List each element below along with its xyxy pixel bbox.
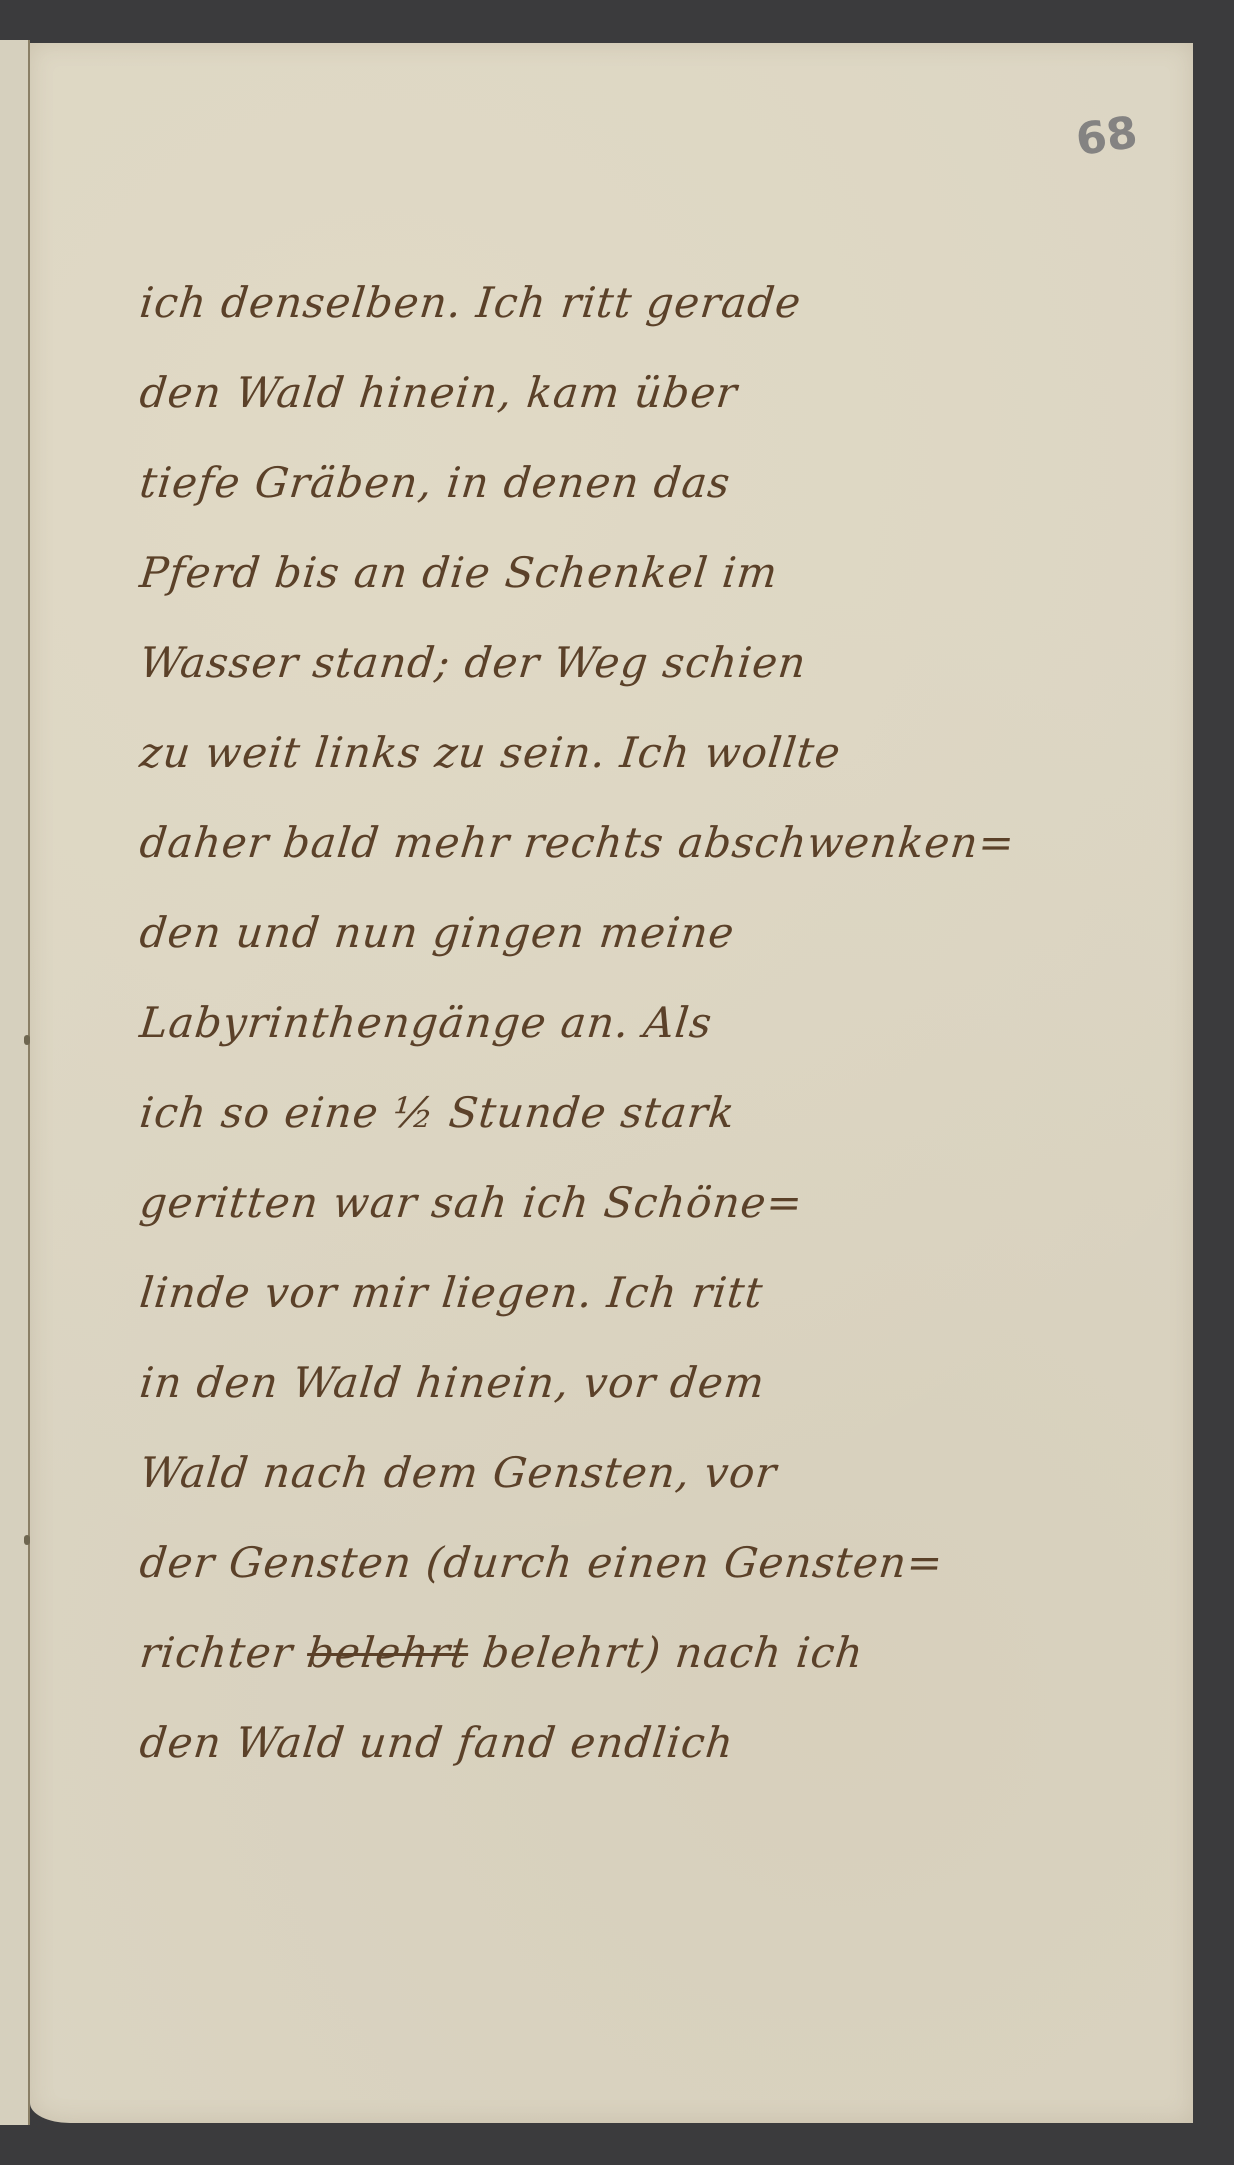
- text-segment: richter: [137, 1628, 309, 1677]
- manuscript-page: 68 ich denselben. Ich ritt gerade den Wa…: [30, 43, 1193, 2123]
- page-number: 68: [1073, 107, 1141, 166]
- text-line-with-deletion: richter belehrt belehrt) nach ich: [135, 1608, 904, 1698]
- text-line: geritten war sah ich Schöne=: [135, 1158, 904, 1248]
- text-line: den und nun gingen meine: [135, 888, 904, 978]
- text-line: Pferd bis an die Schenkel im: [135, 528, 904, 618]
- text-line: Wasser stand; der Weg schien: [135, 618, 904, 708]
- struck-through-word: belehrt: [305, 1628, 471, 1677]
- text-line: ich so eine ½ Stunde stark: [135, 1068, 904, 1158]
- text-line: zu weit links zu sein. Ich wollte: [135, 708, 904, 798]
- text-segment: belehrt) nach ich: [466, 1628, 866, 1677]
- binding-mark: [24, 1535, 30, 1545]
- text-line: Labyrinthengänge an. Als: [135, 978, 904, 1068]
- text-line: Wald nach dem Gensten, vor: [135, 1428, 904, 1518]
- text-line: ich denselben. Ich ritt gerade: [135, 258, 904, 348]
- text-line: den Wald und fand endlich: [135, 1698, 904, 1788]
- text-line: daher bald mehr rechts abschwenken=: [135, 798, 904, 888]
- text-line: linde vor mir liegen. Ich ritt: [135, 1248, 904, 1338]
- binding-mark: [24, 1035, 30, 1045]
- previous-page-edge: [0, 40, 30, 2125]
- text-line: tiefe Gräben, in denen das: [135, 438, 904, 528]
- text-line: der Gensten (durch einen Gensten=: [135, 1518, 904, 1608]
- text-line: in den Wald hinein, vor dem: [135, 1338, 904, 1428]
- text-line: den Wald hinein, kam über: [135, 348, 904, 438]
- handwritten-text-block: ich denselben. Ich ritt gerade den Wald …: [140, 258, 900, 1788]
